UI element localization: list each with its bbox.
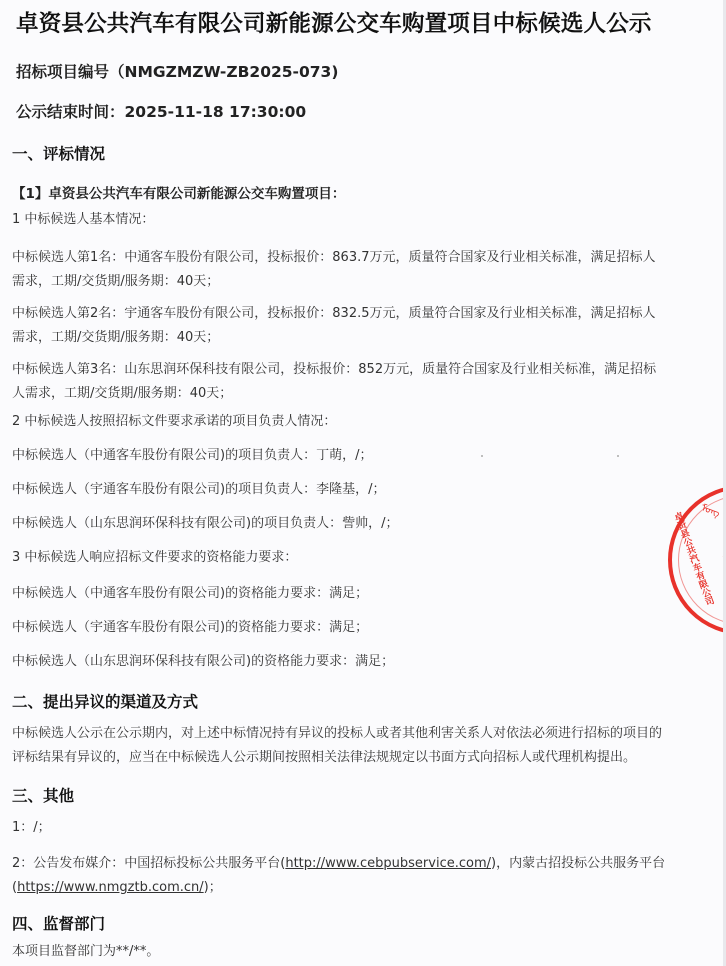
section-heading-objection: 二、提出异议的渠道及方式 [12,690,198,712]
manager-1: 中标候选人（中通客车股份有限公司)的项目负责人：丁萌，/； [12,444,700,468]
publicity-end-time: 公示结束时间：2025-11-18 17:30:00 [16,100,306,122]
basic-info-title: 1 中标候选人基本情况： [12,208,700,232]
document-title: 卓资县公共汽车有限公司新能源公交车购置项目中标候选人公示 [16,6,652,38]
scan-speck [617,455,619,457]
cebpubservice-link[interactable]: http://www.cebpubservice.com/ [285,856,491,871]
candidate-2: 中标候选人第2名：宇通客车股份有限公司，投标报价：832.5万元，质量符合国家及… [12,302,700,350]
other-item-1: 1：/； [12,816,700,840]
objection-line2: 评标结果有异议的，应当在中标候选人公示期间按照相关法律法规规定以书面方式向招标人… [12,746,700,770]
project-number: 招标项目编号（NMGZMZW-ZB2025-073) [16,60,338,82]
media-mid: )，内蒙古招投标公共服务平台 [491,856,665,871]
qualification-1: 中标候选人（中通客车股份有限公司)的资格能力要求：满足； [12,582,700,606]
manager-2: 中标候选人（宇通客车股份有限公司)的项目负责人：李隆基，/； [12,478,700,502]
candidate-3-line1: 中标候选人第3名：山东思润环保科技有限公司，投标报价：852万元，质量符合国家及… [12,358,700,382]
nmgztb-link[interactable]: https://www.nmgztb.com.cn/ [17,880,204,895]
official-seal: ᠮᠣᠩ 卓资县公共汽车有限公司 ★ [668,485,726,635]
section-heading-other: 三、其他 [12,784,74,806]
project-subheading: 【1】卓资县公共汽车有限公司新能源公交车购置项目： [12,182,345,202]
objection-line1: 中标候选人公示在公示期内，对上述中标情况持有异议的投标人或者其他利害关系人对依法… [12,722,700,746]
objection-text: 中标候选人公示在公示期内，对上述中标情况持有异议的投标人或者其他利害关系人对依法… [12,722,700,770]
media-suffix: )； [204,880,222,895]
candidate-1: 中标候选人第1名：中通客车股份有限公司，投标报价：863.7万元，质量符合国家及… [12,246,700,294]
supervision-text: 本项目监督部门为**/**。 [12,940,700,964]
candidate-1-line1: 中标候选人第1名：中通客车股份有限公司，投标报价：863.7万元，质量符合国家及… [12,246,700,270]
candidate-3-line2: 人需求，工期/交货期/服务期：40天； [12,382,700,406]
announcement-page: 卓资县公共汽车有限公司新能源公交车购置项目中标候选人公示 招标项目编号（NMGZ… [0,0,726,966]
manager-3: 中标候选人（山东思润环保科技有限公司)的项目负责人：訾帅，/； [12,512,700,536]
managers-title: 2 中标候选人按照招标文件要求承诺的项目负责人情况： [12,410,700,434]
candidate-3: 中标候选人第3名：山东思润环保科技有限公司，投标报价：852万元，质量符合国家及… [12,358,700,406]
scan-speck [481,455,483,457]
candidate-2-line1: 中标候选人第2名：宇通客车股份有限公司，投标报价：832.5万元，质量符合国家及… [12,302,700,326]
qualification-2: 中标候选人（宇通客车股份有限公司)的资格能力要求：满足； [12,616,700,640]
section-heading-evaluation: 一、评标情况 [12,142,105,164]
qualification-3: 中标候选人（山东思润环保科技有限公司)的资格能力要求：满足； [12,650,700,674]
candidate-1-line2: 需求，工期/交货期/服务期：40天； [12,270,700,294]
qualification-title: 3 中标候选人响应招标文件要求的资格能力要求： [12,546,700,570]
candidate-2-line2: 需求，工期/交货期/服务期：40天； [12,326,700,350]
media-prefix: 2：公告发布媒介：中国招标投标公共服务平台( [12,856,285,871]
other-item-2: 2：公告发布媒介：中国招标投标公共服务平台(http://www.cebpubs… [12,852,700,900]
section-heading-supervision: 四、监督部门 [12,912,105,934]
